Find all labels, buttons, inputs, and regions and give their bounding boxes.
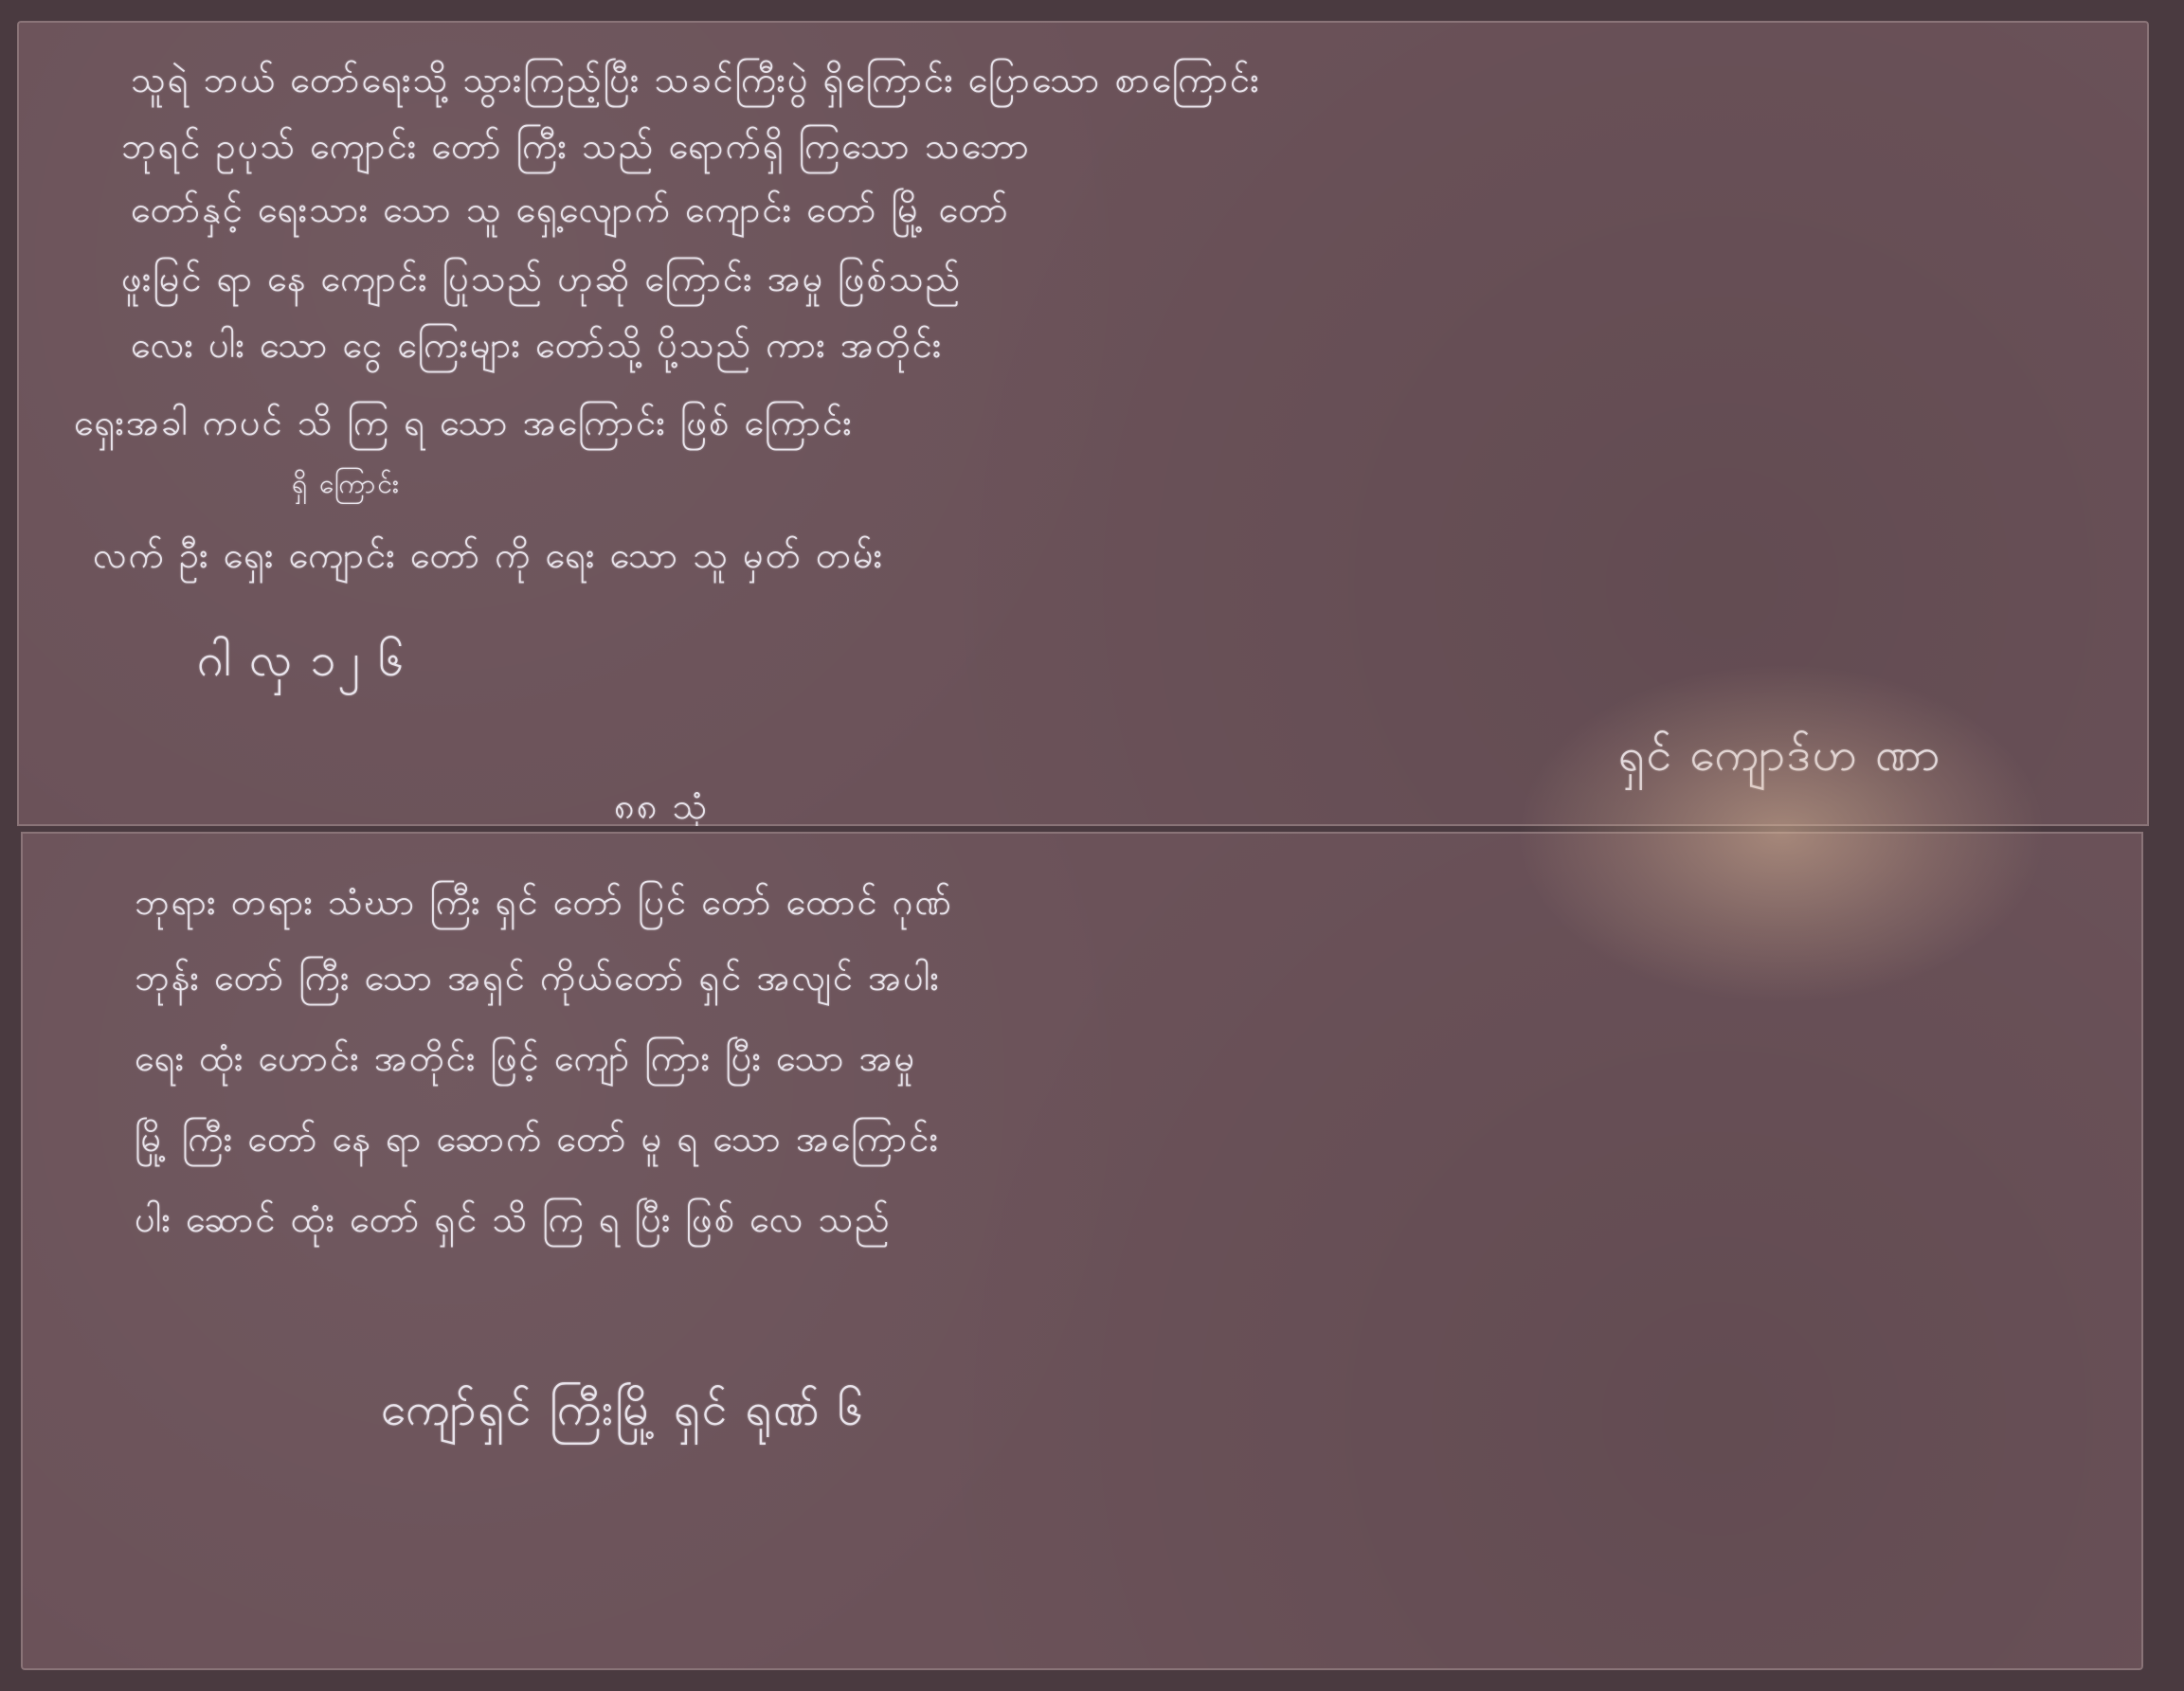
text-line: ပါး ဆောင် ထုံး တော် ရှင် သိ ကြ ရ ပြီး ဖြ… — [135, 1196, 892, 1250]
text-line: ရှေးအခါ ကပင် သိ ကြ ရ သော အကြောင်း ဖြစ် က… — [74, 400, 854, 453]
text-line: မြို့ ကြီး တော် နေ ရာ ဆောက် တော် မူ ရ သေ… — [135, 1116, 940, 1169]
text-line: လေး ပါး သော ငွေ ကြေးများ တော်သို့ ပို့သည… — [131, 322, 943, 375]
text-line: လက် ဦး ရှေး ကျောင်း တော် ကို ရေး သော သူ … — [93, 532, 884, 585]
date-mark: ဂါ လှ ၁၂ ၆ — [197, 632, 406, 698]
sub-note: ရှိ ကြောင်း — [292, 466, 401, 506]
text-line: ဘုရား တရား သံဃာ ကြီး ရှင် တော် ပြင် တော်… — [135, 879, 953, 932]
text-line: တော်နှင့် ရေးသား သော သူ ရှေ့လျောက် ကျောင… — [131, 187, 1010, 240]
text-line: ရေး ထုံး ဟောင်း အတိုင်း ဖြင့် ကျော် ကြား… — [135, 1035, 916, 1088]
text-line: ဘုန်း တော် ကြီး သော အရှင် ကိုယ်တော် ရှင်… — [135, 955, 941, 1008]
text-line: ဖူးမြင် ရာ နေ ကျောင်း ပြုသည် ဟုဆို ကြောင… — [121, 256, 962, 309]
paper-stain — [1516, 663, 2047, 1004]
text-line: ဘုရင် ဥပုသ် ကျောင်း တော် ကြီး သည် ရောက်ရ… — [121, 123, 1031, 176]
signature: ကျော်ရှင် ကြီးမြို့ ရှင် ရုဏ် ၆ — [381, 1381, 865, 1448]
text-line: သူရဲ ဘယ် တော်ရေးသို့ သွားကြည့်ပြီး သခင်က… — [131, 57, 1261, 110]
